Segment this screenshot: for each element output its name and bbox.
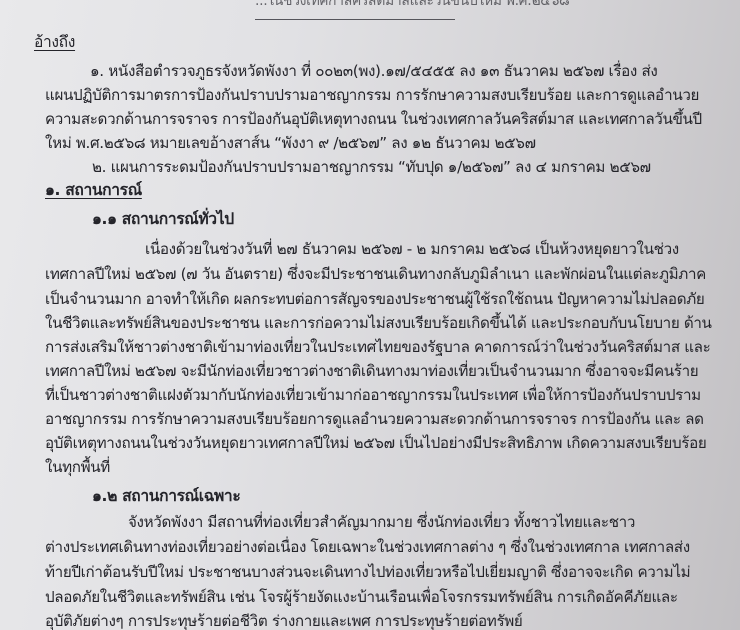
subsection-1-1-line-8: อาชญากรรม การรักษาความสงบเรียบร้อยการดูแ…: [45, 409, 704, 429]
subsection-1-1-line-9: อุบัติเหตุทางถนนในช่วงวันหยุดยาวเทศกาลปี…: [45, 433, 706, 453]
reference-1-line-2: แผนปฏิบัติการมาตรการป้องกันปราบปรามอาชญา…: [45, 85, 699, 105]
subsection-1-1-line-5: การส่งเสริมให้ชาวต่างชาติเข้ามาท่องเที่ย…: [45, 337, 710, 357]
subsection-1-2-line-2: ต่างประเทศเดินทางท่องเที่ยวอย่างต่อเนื่อ…: [45, 537, 690, 557]
reference-2-line-1: ๒. แผนการระดมป้องกันปราบปรามอาชญากรรม “ท…: [92, 157, 651, 177]
section-1-heading: ๑. สถานการณ์: [45, 180, 142, 200]
reference-1-line-4: ใหม่ พ.ศ.๒๕๖๘ หมายเลขอ้างสาส์น “พังงา ๙ …: [45, 133, 536, 153]
reference-1-line-1: ๑. หนังสือตำรวจภูธรจังหวัดพังงา ที่ ๐๐๒๓…: [90, 61, 657, 81]
reference-heading: อ้างถึง: [34, 32, 75, 52]
subsection-1-2-line-1: จังหวัดพังงา มีสถานที่ท่องเที่ยวสำคัญมาก…: [128, 512, 635, 532]
subsection-1-2-heading: ๑.๒ สถานการณ์เฉพาะ: [92, 486, 240, 506]
subsection-1-1-line-1: เนื่องด้วยในช่วงวันที่ ๒๗ ธันวาคม ๒๕๖๗ -…: [145, 239, 679, 259]
subsection-1-1-heading: ๑.๑ สถานการณ์ทั่วไป: [92, 209, 234, 229]
document-title-clipped: ...ในช่วงเทศกาลคริสต์มาสและวันขึ้นปีใหม่…: [255, 0, 569, 11]
subsection-1-2-line-5: อุบัติภัยต่างๆ การประทุษร้ายต่อชีวิต ร่า…: [45, 611, 523, 630]
subsection-1-1-line-3: เป็นจำนวนมาก อาจทำให้เกิด ผลกระทบต่อการส…: [45, 289, 704, 309]
subsection-1-1-line-10: ในทุกพื้นที่: [45, 457, 110, 477]
subsection-1-2-line-3: ท้ายปีเก่าต้อนรับปีใหม่ ประชาชนบางส่วนจะ…: [45, 562, 690, 582]
subsection-1-1-line-7: ที่เป็นชาวต่างชาติแฝงตัวมากับนักท่องเที่…: [45, 385, 701, 405]
subsection-1-1-line-2: เทศกาลปีใหม่ ๒๕๖๗ (๗ วัน อันตราย) ซึ่งจะ…: [45, 264, 706, 284]
subsection-1-1-line-6: เทศกาลปีใหม่ ๒๕๖๗ จะมีนักท่องเที่ยวชาวต่…: [45, 361, 698, 381]
reference-1-line-3: ความสะดวกด้านการจราจร การป้องกันอุบัติเห…: [45, 109, 702, 129]
subsection-1-2-line-4: ปลอดภัยในชีวิตและทรัพย์สิน เช่น โจรผู้ร้…: [45, 587, 678, 607]
title-divider: [255, 19, 455, 20]
subsection-1-1-line-4: ในชีวิตและทรัพย์สินของประชาชน และการก่อค…: [45, 313, 712, 333]
document-page: ...ในช่วงเทศกาลคริสต์มาสและวันขึ้นปีใหม่…: [0, 0, 740, 630]
